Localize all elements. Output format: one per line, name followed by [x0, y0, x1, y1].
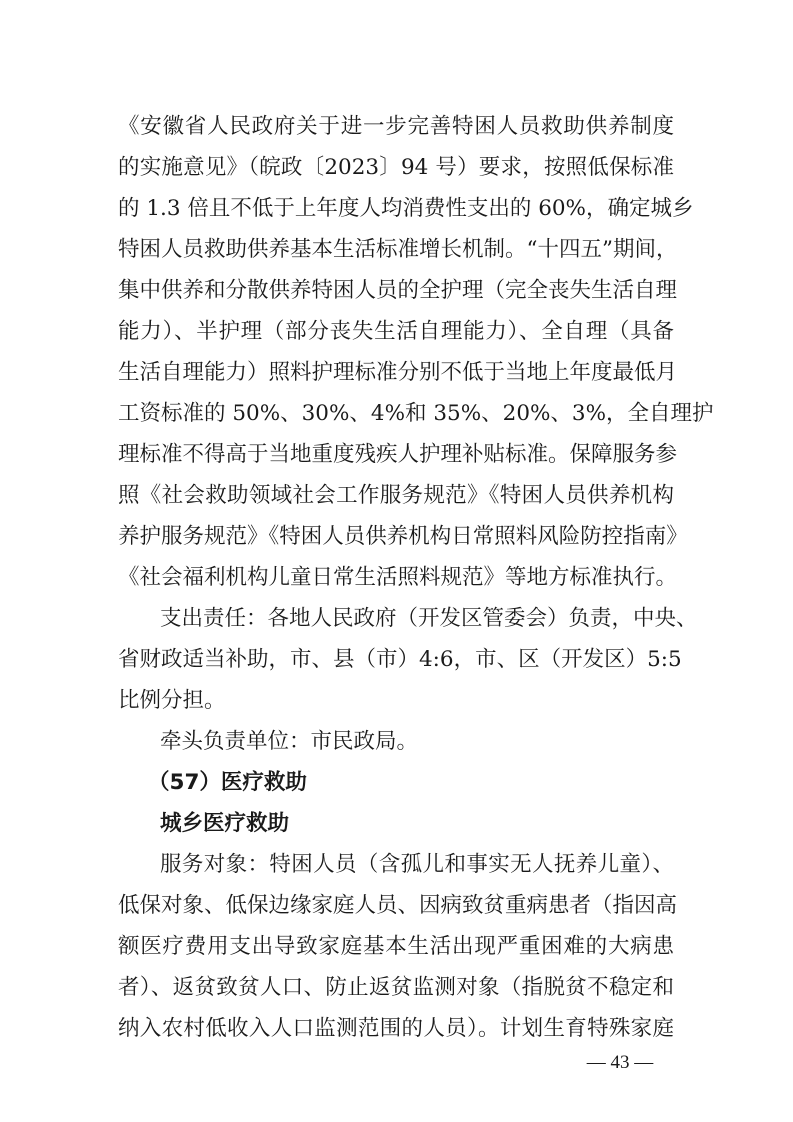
paragraph-line: 养护服务规范》《特困人员供养机构日常照料风险防控指南》: [118, 522, 674, 552]
paragraph-line: 者）、返贫致贫人口、防止返贫监测对象（指脱贫不稳定和: [118, 973, 674, 1003]
paragraph-line: 能力）、半护理（部分丧失生活自理能力）、全自理（具备: [118, 317, 674, 347]
paragraph-line: 照《社会救助领域社会工作服务规范》《特困人员供养机构: [118, 481, 674, 511]
paragraph-line: 《安徽省人民政府关于进一步完善特困人员救助供养制度: [118, 112, 674, 142]
paragraph-line: 理标准不得高于当地重度残疾人护理补贴标准。保障服务参: [118, 440, 674, 470]
paragraph-line: 集中供养和分散供养特困人员的全护理（完全丧失生活自理: [118, 276, 674, 306]
paragraph-line: 低保对象、低保边缘家庭人员、因病致贫重病患者（指因高: [118, 891, 674, 921]
service-target-line: 服务对象：特困人员（含孤儿和事实无人抚养儿童）、: [160, 850, 674, 880]
paragraph-line: 省财政适当补助，市、县（市）4:6，市、区（开发区）5:5: [118, 645, 674, 675]
paragraph-line: 纳入农村低收入人口监测范围的人员）。计划生育特殊家庭: [118, 1014, 674, 1044]
paragraph-line: 特困人员救助供养基本生活标准增长机制。“十四五”期间，: [118, 235, 674, 265]
section-heading: （57）医疗救助: [148, 768, 662, 798]
expenditure-responsibility-line: 支出责任：各地人民政府（开发区管委会）负责，中央、: [160, 604, 674, 634]
paragraph-line: 《社会福利机构儿童日常生活照料规范》等地方标准执行。: [118, 563, 674, 593]
paragraph-line: 的 1.3 倍且不低于上年度人均消费性支出的 60%，确定城乡: [118, 194, 674, 224]
lead-unit-line: 牵头负责单位：市民政局。: [160, 727, 674, 757]
paragraph-line: 比例分担。: [118, 686, 674, 716]
paragraph-line: 额医疗费用支出导致家庭基本生活出现严重困难的大病患: [118, 932, 674, 962]
paragraph-line: 工资标准的 50%、30%、4%和 35%、20%、3%，全自理护: [118, 399, 674, 429]
subsection-heading: 城乡医疗救助: [160, 809, 674, 839]
paragraph-line: 生活自理能力）照料护理标准分别不低于当地上年度最低月: [118, 358, 674, 388]
page-number: — 43 —: [580, 1050, 660, 1076]
document-page: 《安徽省人民政府关于进一步完善特困人员救助供养制度 的实施意见》（皖政〔2023…: [0, 0, 793, 1122]
paragraph-line: 的实施意见》（皖政〔2023〕94 号）要求，按照低保标准: [118, 153, 674, 183]
